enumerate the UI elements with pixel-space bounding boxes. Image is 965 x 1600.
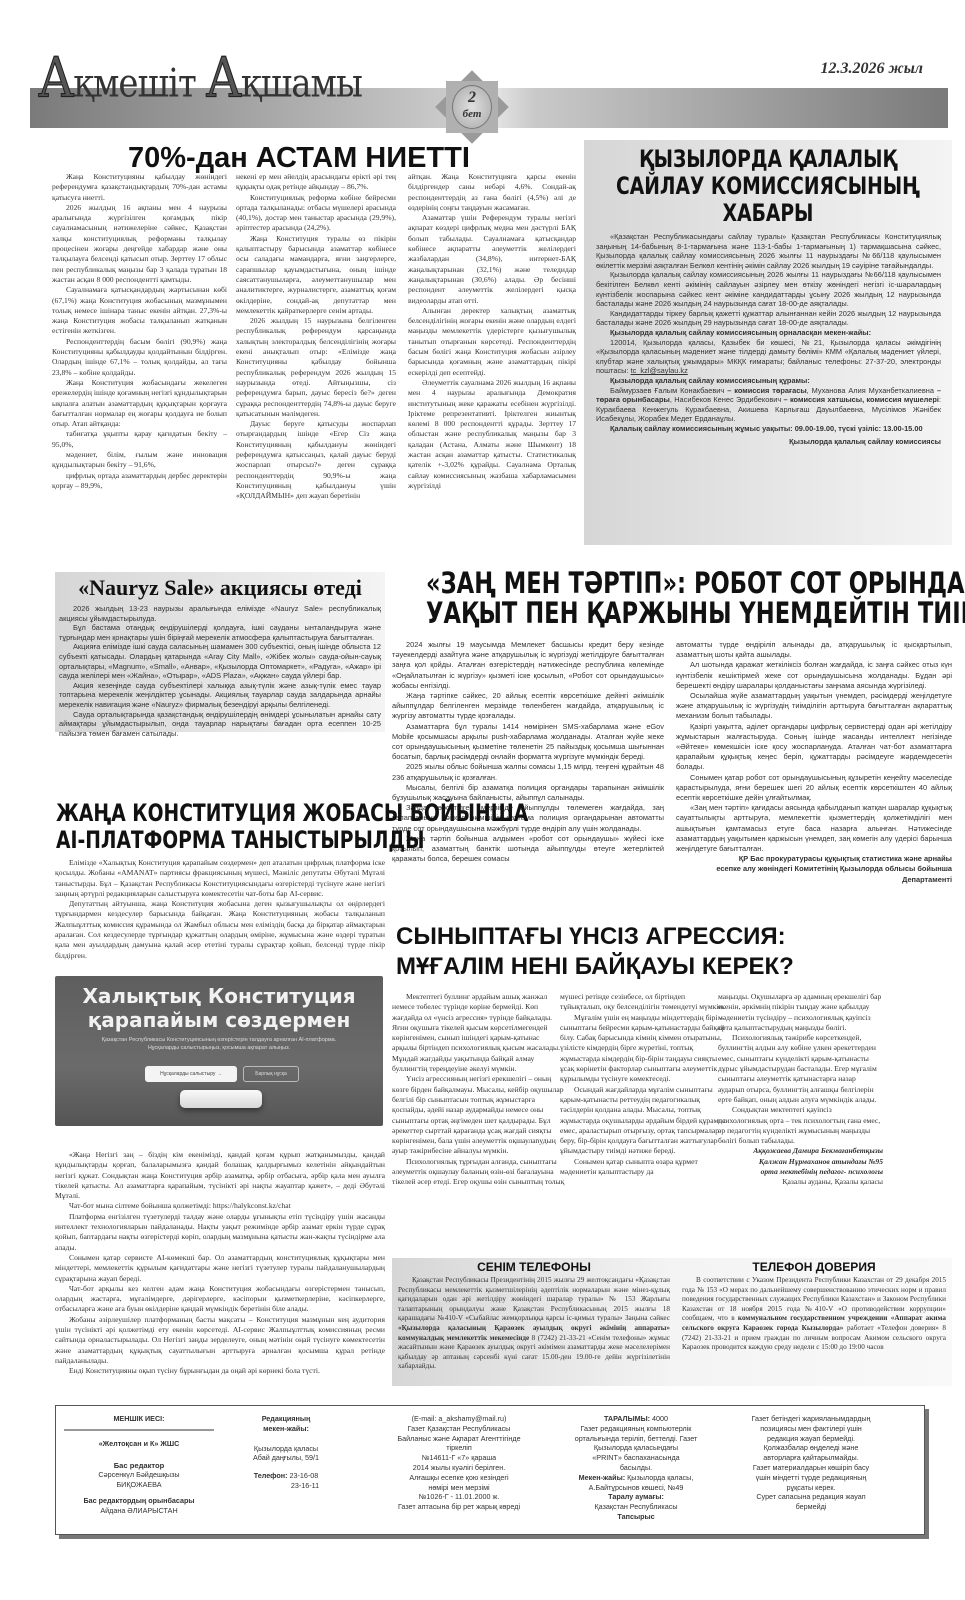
registration-line: Алғашқы есепке қою кезіндегі	[384, 1473, 534, 1483]
circulation-label: ТАРАЛЫМЫ:	[604, 1414, 650, 1423]
paragraph: Сонымен қатар робот сот орындаушысының қ…	[676, 773, 952, 804]
paragraph: «Заң мен тәртіп» қағидасы аясында қабылд…	[676, 803, 952, 854]
paragraph: Алынған деректер халықтың азаматтық белс…	[408, 306, 576, 378]
hotline-kz-text: Қазақстан Республикасы Президентінің 201…	[398, 1276, 670, 1322]
nauryz-sale-box: «Nauryz Sale» акциясы өтеді 2026 жылдың …	[55, 572, 385, 732]
editor-name: Сәрсенкүл Бәйдешқызы	[64, 1470, 214, 1480]
paragraph: мүшесі ретінде сезінбесе, ол біртіндеп т…	[560, 992, 726, 1013]
hotline-kz-title: СЕНІМ ТЕЛЕФОНЫ	[392, 1260, 676, 1274]
owner-label: МЕНШІК ИЕСІ:	[64, 1414, 214, 1424]
paragraph: Мұғалім үшін ең маңызды міндеттердің бір…	[560, 1013, 726, 1085]
issue-date: 12.3.2026 жыл	[820, 60, 923, 78]
page-number: 2	[453, 88, 491, 108]
paragraph: «Жаңа Негізгі заң – біздің кім екенімізд…	[55, 1150, 385, 1201]
paragraph: Кандидаттарды тіркеу барлық қажетті құжа…	[596, 309, 941, 328]
paragraph: айтқан. Жаңа Конституцияға қарсы екенін …	[408, 172, 576, 213]
paragraph: Әлеуметтік сауалнама 2026 жылдың 16 ақпа…	[408, 378, 576, 491]
paragraph: Осылайша жүйе азаматтардың уақытын үнемд…	[676, 691, 952, 722]
paragraph: Азаматтар үшін Референдум туралы негізгі…	[408, 213, 576, 306]
paragraph: маңызды. Оқушыларға әр адамның ерекшеліг…	[718, 992, 883, 1033]
author-position: орта мектебінің педагог- психологы	[718, 1167, 883, 1177]
email-link[interactable]: tc_kzl@saylau.kz	[631, 366, 688, 375]
paragraph: Бұл бастама отандық өндірушілерді қолдау…	[59, 623, 381, 642]
signature: ҚР Бас прокуратурасы құқықтық статистика…	[676, 854, 952, 885]
ai-image-title: Халықтық Конституция қарапайым сөздермен	[55, 984, 383, 1032]
paragraph: Үнсіз агрессияның негізгі ерекшелігі – о…	[392, 1074, 566, 1156]
phone-number: 23-16-08	[290, 1471, 319, 1480]
registration-line: нөмірі мен мерзімі	[384, 1483, 534, 1493]
list-item: табиғатқа ұқыпты қарау қағидатын бекіту …	[52, 429, 227, 450]
registration-line: Байланыс және Ақпарат Агенттігінде	[384, 1434, 534, 1444]
robot-bailiff-col-2: автоматты түрде өндіріліп алынады да, ат…	[676, 640, 952, 885]
signature: Қызылорда қалалық сайлау комиссиясы	[596, 437, 941, 447]
disclaimer-line: Газет бетіндегі жарияланымдардың	[736, 1414, 886, 1424]
distribution-value: Қазақстан Республикасы	[566, 1502, 706, 1512]
imprint-registration-column: (E-mail: a_akshamy@mail.ru) Газет Қазақс…	[384, 1414, 534, 1512]
print-address-street: А.Байтұрсынов көшесі, №49	[566, 1483, 706, 1493]
election-notice-headline: ҚЫЗЫЛОРДА ҚАЛАЛЫҚ САЙЛАУ КОМИССИЯСЫНЫҢ Х…	[614, 146, 922, 227]
article-referendum-col-1: Жаңа Конституцияны қабылдау жөніндегі ре…	[52, 172, 227, 491]
headline-line: УАҚЫТ ПЕН ҚАРЖЫНЫ ҮНЕМДЕЙТІН ТИІМДІ ТЕТІ…	[426, 598, 965, 628]
headline-line: САЙЛАУ КОМИССИЯСЫНЫҢ	[614, 173, 922, 200]
phone-number: 23-16-11	[226, 1481, 346, 1491]
headline-line: МҰҒАЛІМ НЕНІ БАЙҚАУЫ КЕРЕК?	[396, 952, 794, 982]
paragraph: Дауыс беруге қатысуды жоспарлап отырғанд…	[236, 419, 396, 501]
address-label: Редакцияның	[226, 1414, 346, 1424]
hotline-ru-body: В соответствии с Указом Президента Респу…	[676, 1274, 952, 1355]
print-address-value: Қызылорда қаласы,	[625, 1473, 693, 1482]
paragraph: Платформа енгізілген түзетулерді талдау …	[55, 1212, 385, 1253]
paragraph: Енді Конституцияны оқып түсіну бұрынғыда…	[55, 1366, 385, 1376]
paragraph: Психологиялық тұрғыдан алғанда, сыныптағ…	[392, 1157, 566, 1188]
article-referendum-headline: 70%-дан АСТАМ НИЕТТІ	[128, 142, 470, 174]
member-name: Баймурзаев Ғалым Конакбаевич	[610, 386, 724, 395]
address-street: Абай даңғылы, 59/1	[226, 1453, 346, 1463]
print-line: басылды.	[566, 1463, 706, 1473]
divider	[64, 1429, 214, 1431]
list-item: мәдениет, білім, ғылым және инновация құ…	[52, 450, 227, 471]
author-location: Қазалы ауданы, Қазалы қаласы	[718, 1177, 883, 1187]
ai-platform-body: «Жаңа Негізгі заң – біздің кім екенімізд…	[55, 1150, 385, 1377]
editor-surname: БИҚОЖАЕВА	[64, 1480, 214, 1490]
disclaimer-line: Сурет сапасына редакция жауап	[736, 1492, 886, 1502]
nauryz-sale-body: 2026 жылдың 13-23 наурызы аралығында елі…	[59, 604, 381, 738]
newspaper-logo: Ақмешіт Ақшамы	[38, 46, 362, 110]
ai-image-title-line: Халықтық Конституция	[55, 984, 383, 1008]
registration-line: №14611-Г «7» қараша	[384, 1453, 534, 1463]
election-notice-body: «Қазақстан Республикасындағы сайлау тура…	[596, 232, 941, 447]
paragraph: Сонымен қатар сервисте AI-көмекші бар. О…	[55, 1253, 385, 1284]
chatbot-link-text: Чат-бот мына сілтеме бойынша қолжетімді:…	[55, 1201, 385, 1211]
author-school: Қалжан Нұрмаханов атындағы №95	[718, 1157, 883, 1167]
bullying-col-3: маңызды. Оқушыларға әр адамның ерекшеліг…	[718, 992, 883, 1188]
hotline-ru-title: ТЕЛЕФОН ДОВЕРИЯ	[676, 1260, 952, 1274]
logo-word-1: қмешіт	[73, 61, 205, 107]
owner-name: «Желтоқсан и К» ЖШС	[64, 1439, 214, 1449]
deputy-name: Айдана ӘЛИАРЫСТАН	[64, 1506, 214, 1516]
print-line: «PRINT» баспаханасында	[566, 1453, 706, 1463]
paragraph: Депутаттың айтуынша, жаңа Конституция жо…	[55, 899, 385, 961]
print-line: орталығында теріліп, беттелді. Газет	[566, 1434, 706, 1444]
composition-label: Қызылорда қалалық сайлау комиссиясының қ…	[596, 376, 941, 386]
nauryz-sale-headline: «Nauryz Sale» акциясы өтеді	[55, 576, 385, 600]
member-role: – комиссия төрағасы	[724, 386, 806, 395]
registration-line: Газет аптасына бір рет жарық көреді	[384, 1502, 534, 1512]
headline-line: ЖАҢА КОНСТИТУЦИЯ ЖОБАСЫ БОЙЫНША	[56, 800, 528, 827]
paragraph: Жаңа тәртіпке сәйкес, 20 айлық есептік к…	[392, 691, 664, 722]
imprint-box: МЕНШІК ИЕСІ: «Желтоқсан и К» ЖШС Бас ред…	[55, 1405, 925, 1535]
hotline-kz-body: Қазақстан Республикасы Президентінің 201…	[392, 1274, 676, 1374]
registration-line: Газет Қазақстан Республикасы	[384, 1424, 534, 1434]
address-label: Қызылорда қалалық сайлау комиссиясының о…	[596, 328, 941, 338]
imprint-owner-column: МЕНШІК ИЕСІ: «Желтоқсан и К» ЖШС Бас ред…	[64, 1414, 214, 1516]
headline-line: «ЗАҢ МЕН ТӘРТІП»: РОБОТ СОТ ОРЫНДАУШЫСЫ …	[426, 568, 965, 598]
paragraph: Психологиялық тәжірибе көрсеткендей, бул…	[718, 1033, 883, 1105]
distribution-label: Таралу аумағы:	[566, 1492, 706, 1502]
ai-platform-headline: ЖАҢА КОНСТИТУЦИЯ ЖОБАСЫ БОЙЫНША AI-ПЛАТФ…	[56, 800, 528, 854]
ai-image-title-line: қарапайым сөздермен	[55, 1008, 383, 1032]
page-label: бет	[453, 108, 491, 120]
imprint-disclaimer-column: Газет бетіндегі жарияланымдардың позиция…	[736, 1414, 886, 1512]
logo-initial: А	[206, 46, 241, 110]
print-line: Газет редакцияның компьютерлік	[566, 1424, 706, 1434]
headline-line: ҚЫЗЫЛОРДА ҚАЛАЛЫҚ	[614, 146, 922, 173]
paragraph: Конституциялық реформа көбіне бейресми о…	[236, 193, 396, 234]
paragraph: Сауалнамаға қатысқандардың жартысынан кө…	[52, 285, 227, 336]
paragraph: 2024 жылғы 19 маусымда Мемлекет басшысы …	[392, 640, 664, 691]
headline-line: СЫНЫПТАҒЫ ҮНСІЗ АГРЕССИЯ:	[396, 922, 794, 952]
paragraph: Жаңа Конституция жобасындағы жекелеген е…	[52, 378, 227, 429]
disclaimer-line: авторларға қайтарылмайды.	[736, 1453, 886, 1463]
disclaimer-line: бермейді	[736, 1502, 886, 1512]
paragraph: Сонымен қатар сыныпта өзара құрмет мәден…	[560, 1157, 726, 1178]
disclaimer-line: редакция жауап бермейді.	[736, 1434, 886, 1444]
paragraph: 2026 жылдың 15 наурызына белгіленген рес…	[236, 316, 396, 419]
robot-bailiff-headline: «ЗАҢ МЕН ТӘРТІП»: РОБОТ СОТ ОРЫНДАУШЫСЫ …	[426, 568, 965, 628]
paragraph: Респонденттердің басым бөлігі (90,9%) жа…	[52, 337, 227, 378]
paragraph: Чат-бот арқылы кез келген адам жаңа Конс…	[55, 1284, 385, 1315]
hotline-ru-box: ТЕЛЕФОН ДОВЕРИЯ В соответствии с Указом …	[676, 1258, 952, 1386]
bullying-col-2: мүшесі ретінде сезінбесе, ол біртіндеп т…	[560, 992, 726, 1177]
registration-line: №1026-Г - 11.01.2000 ж.	[384, 1492, 534, 1502]
article-referendum-col-2: некені ер мен әйелдің арасындағы ерікті …	[236, 172, 396, 502]
author-name: Аққожаева Дамира Бекмағанбетқызы	[718, 1146, 883, 1156]
all-versions-button: Барлық нұсқа	[243, 1066, 299, 1082]
paragraph: Акцияға елімізде ішкі сауда саласының ша…	[59, 642, 381, 680]
list-item: цифрлық ортада азаматтардың дербес дерек…	[52, 471, 227, 492]
paragraph: автоматты түрде өндіріліп алынады да, ат…	[676, 640, 952, 660]
email-line: (E-mail: a_akshamy@mail.ru)	[384, 1414, 534, 1424]
bullying-col-1: Мектептегі буллинг әрдайым ашық жанжал н…	[392, 992, 566, 1188]
paragraph: 2025 жылы облыс бойынша жалпы сомасы 1,1…	[392, 762, 664, 782]
paragraph: Осындай жағдайларда мұғалім сыныптағы қа…	[560, 1085, 726, 1157]
imprint-address-column: Редакцияның мекен-жайы: Қызылорда қаласы…	[226, 1414, 346, 1491]
disclaimer-line: позициясы мен фактілері үшін	[736, 1424, 886, 1434]
paragraph: Сауда орталықтарында қазақстандық өндіру…	[59, 710, 381, 739]
print-address-label: Мекен-жайы:	[579, 1473, 625, 1482]
paragraph: Қызылорда қалалық сайлау комиссиясының 2…	[596, 270, 941, 308]
phone-label: Телефон:	[254, 1471, 288, 1480]
paragraph: Елімізде «Халықтық Конституция қарапайым…	[55, 858, 385, 899]
ai-platform-intro: Елімізде «Халықтық Конституция қарапайым…	[55, 858, 385, 961]
working-hours: Қалалық сайлау комиссиясының жұмыс уақыт…	[596, 424, 941, 434]
election-notice-box: ҚЫЗЫЛОРДА ҚАЛАЛЫҚ САЙЛАУ КОМИССИЯСЫНЫҢ Х…	[584, 140, 952, 545]
order-label: Тапсырыс	[566, 1512, 706, 1522]
ai-image-subtitle: Қазақстан Республикасы Конституциясының …	[95, 1036, 343, 1052]
disclaimer-line: Қолжазбалар өңделеді және	[736, 1443, 886, 1453]
page-number-star: 2 бет	[437, 72, 507, 142]
paragraph: Жобаны әзірлеушілер платформаның басты м…	[55, 1315, 385, 1366]
paragraph: Жаңа Конституцияны қабылдау жөніндегі ре…	[52, 172, 227, 203]
address-label: мекен-жайы:	[226, 1424, 346, 1434]
paragraph: 2026 жылдың 16 ақпаны мен 4 наурызы арал…	[52, 203, 227, 285]
ai-platform-screenshot: Халықтық Конституция қарапайым сөздермен…	[55, 976, 383, 1126]
paragraph: Мектептегі буллинг әрдайым ашық жанжал н…	[392, 992, 566, 1074]
headline-line: ХАБАРЫ	[614, 200, 922, 227]
paragraph: 2026 жылдың 13-23 наурызы аралығында елі…	[59, 604, 381, 623]
registration-line: 2014 жылы куәлігі берілген.	[384, 1463, 534, 1473]
paragraph: Акция кезеңінде сауда субъектілері халық…	[59, 681, 381, 710]
print-line: Қызылорда қаласындағы	[566, 1443, 706, 1453]
editor-label: Бас редактор	[64, 1461, 214, 1471]
ai-image-input-box	[180, 1090, 262, 1108]
registration-line: тіркеліп	[384, 1443, 534, 1453]
hotline-kz-box: СЕНІМ ТЕЛЕФОНЫ Қазақстан Республикасы Пр…	[392, 1258, 676, 1386]
disclaimer-line: рұқсаты керек.	[736, 1483, 886, 1493]
member-role: – комиссия хатшысы, комиссия мүшелері	[781, 395, 939, 404]
deputy-label: Бас редактордың орынбасары	[64, 1496, 214, 1506]
member-name: , Насибеков Кенес Эрдибекович	[670, 395, 781, 404]
paragraph: Сондықтан мектептегі қауіпсіз психология…	[718, 1105, 883, 1146]
paragraph: Жаңа Конституция туралы өз пікірін қалып…	[236, 234, 396, 316]
paragraph: Азаматтарға бұл туралы 1414 нөмірінен SM…	[392, 722, 664, 763]
address-city: Қызылорда қаласы	[226, 1444, 346, 1454]
paragraph: Қазіргі уақытта, әділет органдары цифрлы…	[676, 722, 952, 773]
logo-word-2: қшамы	[241, 61, 362, 107]
imprint-print-column: ТАРАЛЫМЫ: 4000 Газет редакцияның компьют…	[566, 1414, 706, 1522]
paragraph: «Қазақстан Республикасындағы сайлау тура…	[596, 232, 941, 270]
page-number-badge: 2 бет	[452, 85, 492, 129]
logo-initial: А	[38, 46, 73, 110]
disclaimer-line: Газет материалдарын көшіріп басу	[736, 1463, 886, 1473]
article-referendum-col-3: айтқан. Жаңа Конституцияға қарсы екенін …	[408, 172, 576, 491]
bullying-headline: СЫНЫПТАҒЫ ҮНСІЗ АГРЕССИЯ: МҰҒАЛІМ НЕНІ Б…	[396, 922, 794, 982]
paragraph: некені ер мен әйелдің арасындағы ерікті …	[236, 172, 396, 193]
member-name: , Муханова Алия Муханбеткалиевна	[807, 386, 934, 395]
circulation-value: 4000	[650, 1414, 668, 1423]
headline-line: AI-ПЛАТФОРМА ТАНЫСТЫРЫЛДЫ	[56, 827, 528, 854]
paragraph: Ал шотында қаражат жеткіліксіз болған жа…	[676, 660, 952, 691]
compare-versions-button: Нұсқаларды салыстыру →	[145, 1066, 237, 1082]
disclaimer-line: үшін міндетті түрде редакцияның	[736, 1473, 886, 1483]
